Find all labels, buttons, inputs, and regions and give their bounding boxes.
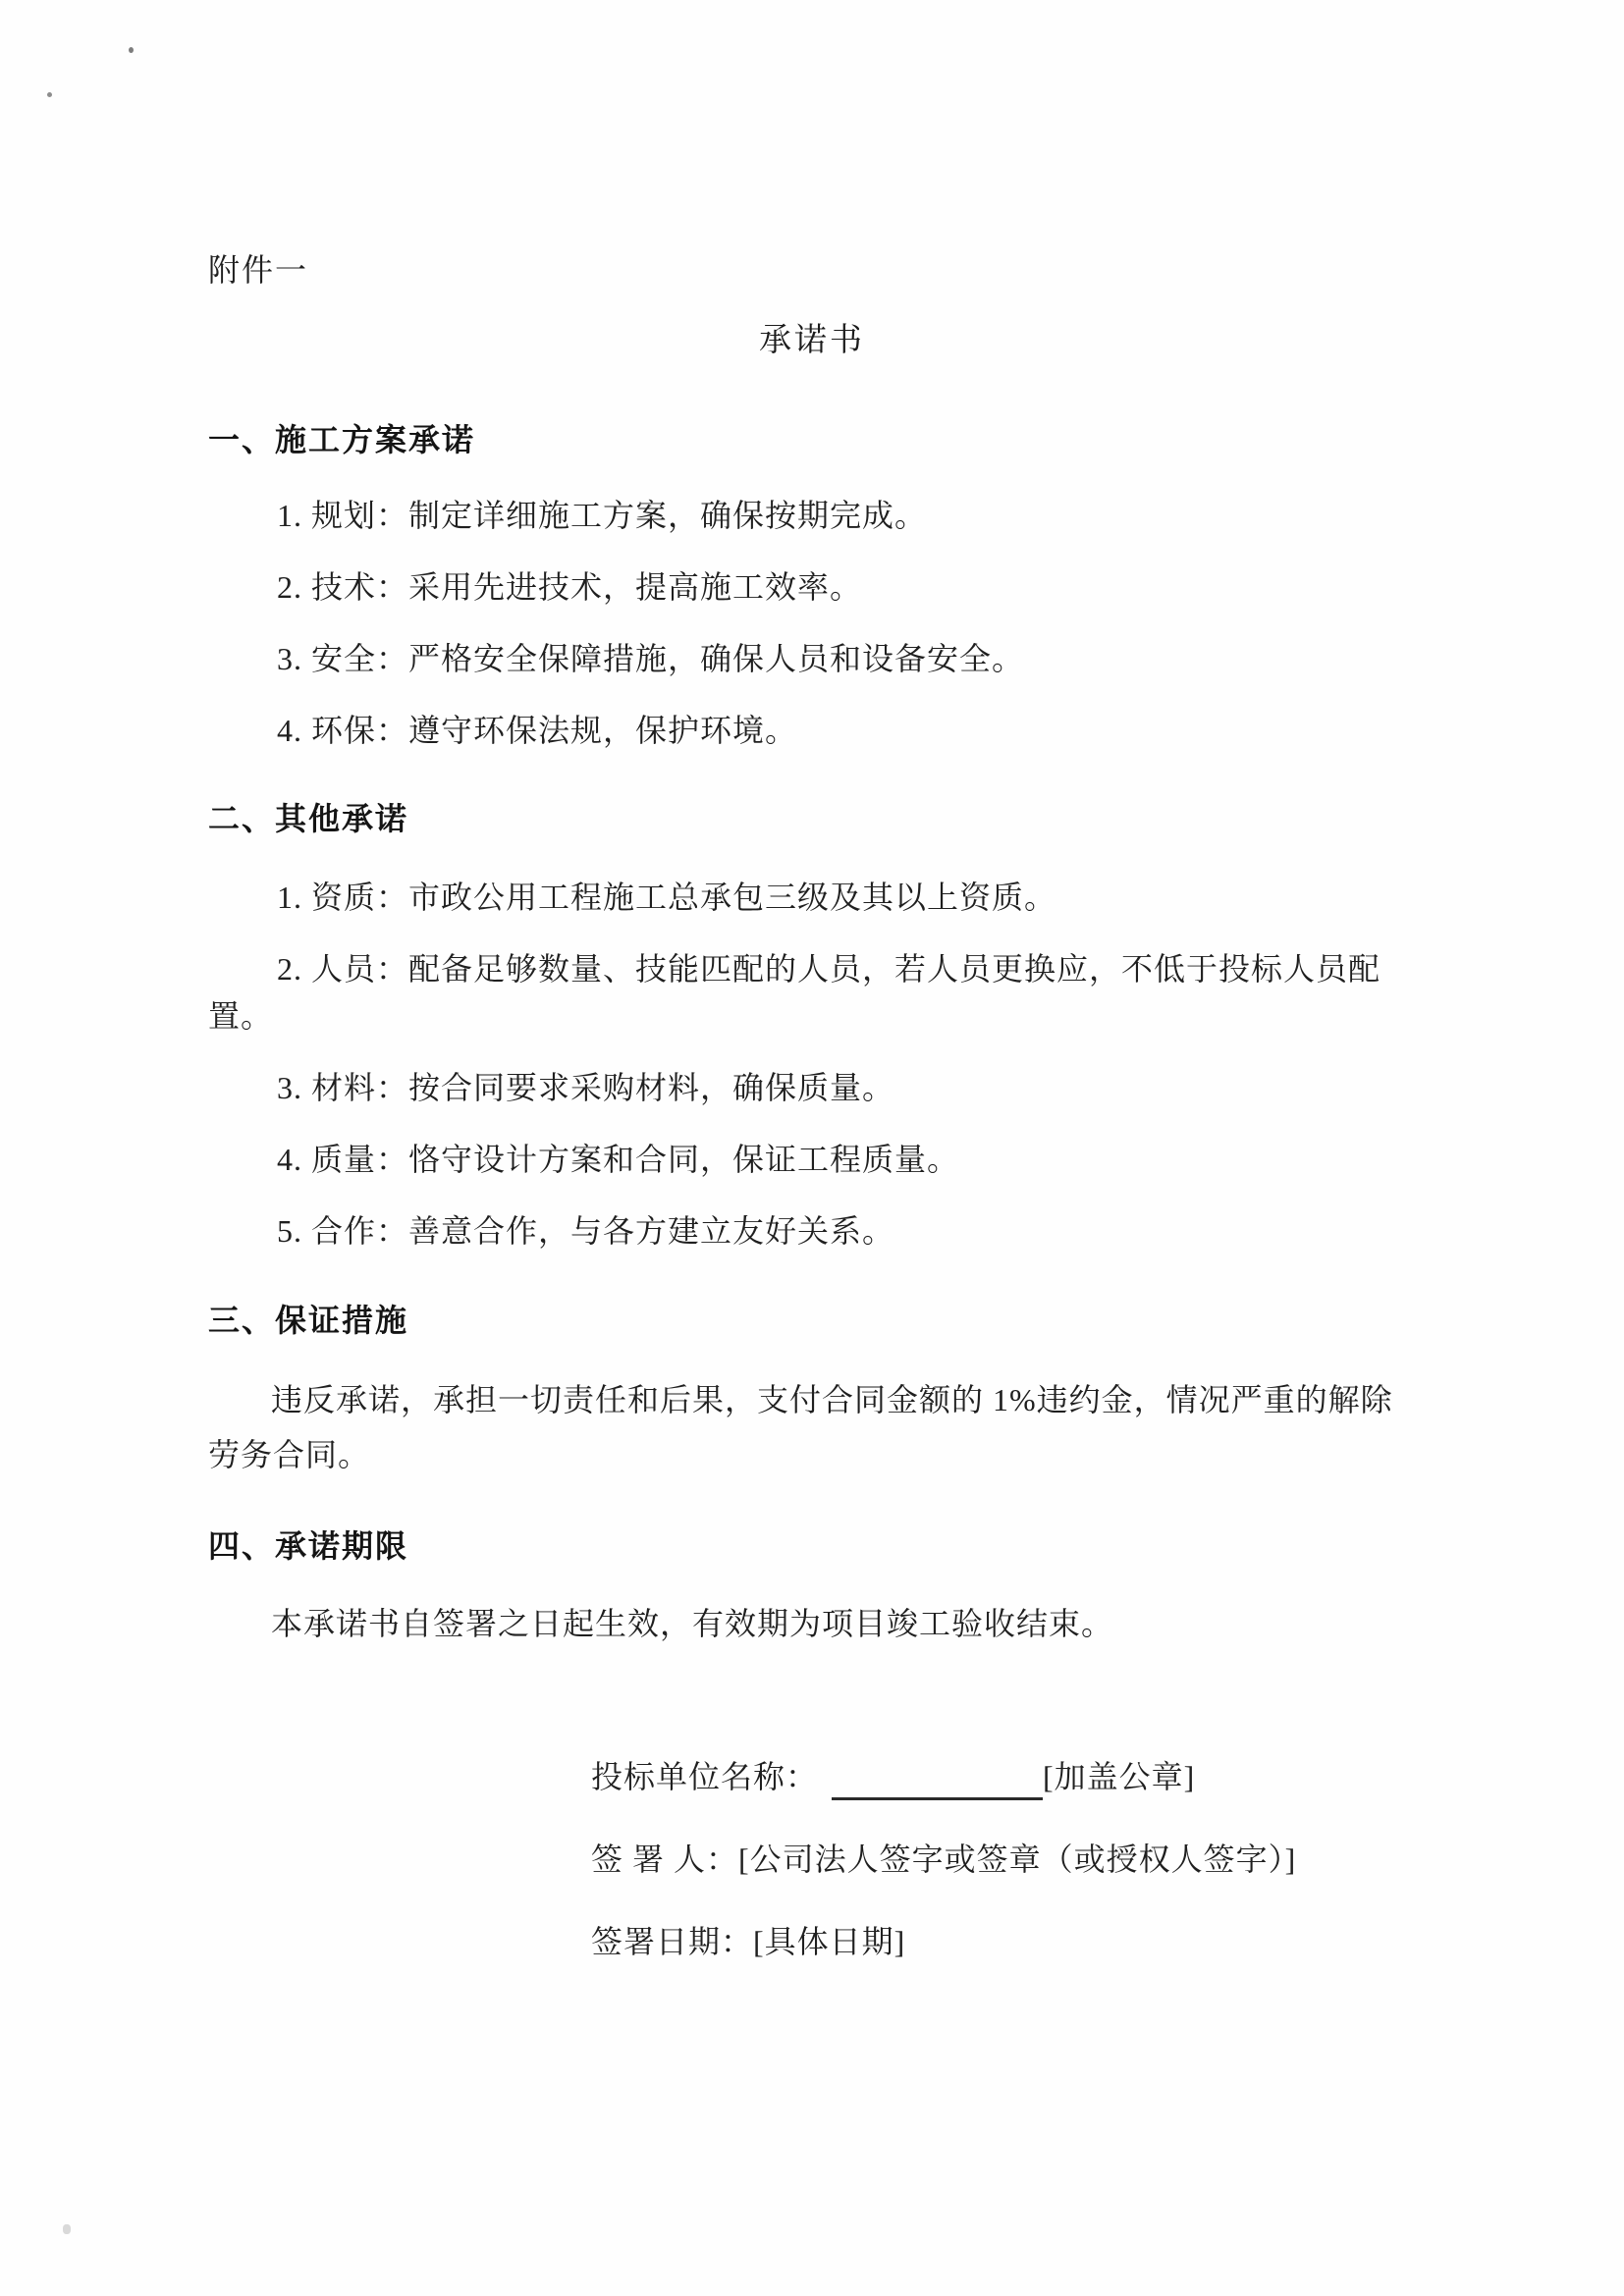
section-other-commitments: 二、其他承诺 1. 资质：市政公用工程施工总承包三级及其以上资质。 2. 人员：…: [208, 795, 1500, 1279]
paragraph-line: 违反承诺，承担一切责任和后果，支付合同金额的 1%违约金，情况严重的解除: [208, 1372, 1500, 1427]
attachment-label: 附件一: [208, 250, 308, 290]
section-commitment-period: 四、承诺期限 本承诺书自签署之日起生效，有效期为项目竣工验收结束。: [208, 1522, 1500, 1651]
section-heading: 一、施工方案承诺: [208, 416, 1500, 463]
company-name-blank: [832, 1764, 1043, 1800]
list-item-line: 2. 人员：配备足够数量、技能匹配的人员，若人员更换应，不低于投标人员配: [208, 945, 1500, 992]
scan-speck: [129, 47, 134, 53]
section-heading: 二、其他承诺: [208, 795, 1500, 842]
list-item: 1. 资质：市政公用工程施工总承包三级及其以上资质。: [208, 874, 1500, 921]
signer-line: 签 署 人：[公司法人签字或签章（或授权人签字）]: [591, 1836, 1524, 1883]
list-item: 4. 质量：恪守设计方案和合同，保证工程质量。: [208, 1136, 1500, 1183]
scan-speck: [63, 2224, 71, 2234]
paragraph-line: 劳务合同。: [208, 1427, 1500, 1482]
list-item: 4. 环保：遵守环保法规，保护环境。: [208, 707, 1500, 754]
list-item: 2. 人员：配备足够数量、技能匹配的人员，若人员更换应，不低于投标人员配置。: [208, 945, 1500, 1040]
section-paragraph: 本承诺书自签署之日起生效，有效期为项目竣工验收结束。: [208, 1596, 1500, 1651]
list-item-line: 置。: [208, 992, 1500, 1040]
date-value: [具体日期]: [753, 1924, 905, 1959]
company-name-line: 投标单位名称：[加盖公章]: [591, 1753, 1524, 1800]
seal-note: [加盖公章]: [1043, 1759, 1195, 1794]
section-heading: 四、承诺期限: [208, 1522, 1500, 1570]
company-name-label: 投标单位名称：: [591, 1759, 818, 1794]
document-title: 承诺书: [0, 321, 1624, 360]
list-item: 5. 合作：善意合作，与各方建立友好关系。: [208, 1207, 1500, 1255]
scanned-document-page: 附件一 承诺书 一、施工方案承诺 1. 规划：制定详细施工方案，确保按期完成。 …: [0, 0, 1624, 2296]
item-list: 1. 规划：制定详细施工方案，确保按期完成。 2. 技术：采用先进技术，提高施工…: [208, 492, 1500, 754]
list-item: 3. 材料：按合同要求采购材料，确保质量。: [208, 1064, 1500, 1111]
section-guarantee-measures: 三、保证措施 违反承诺，承担一切责任和后果，支付合同金额的 1%违约金，情况严重…: [208, 1297, 1500, 1482]
item-list: 1. 资质：市政公用工程施工总承包三级及其以上资质。 2. 人员：配备足够数量、…: [208, 874, 1500, 1255]
date-label: 签署日期：: [591, 1924, 753, 1959]
scan-speck: [47, 92, 52, 97]
list-item: 1. 规划：制定详细施工方案，确保按期完成。: [208, 492, 1500, 539]
paragraph-line: 本承诺书自签署之日起生效，有效期为项目竣工验收结束。: [208, 1596, 1500, 1651]
section-paragraph: 违反承诺，承担一切责任和后果，支付合同金额的 1%违约金，情况严重的解除劳务合同…: [208, 1372, 1500, 1482]
date-line: 签署日期：[具体日期]: [591, 1918, 1524, 1965]
signature-block: 投标单位名称：[加盖公章] 签 署 人：[公司法人签字或签章（或授权人签字）] …: [591, 1753, 1524, 2001]
list-item: 3. 安全：严格安全保障措施，确保人员和设备安全。: [208, 635, 1500, 682]
signer-label: 签 署 人：: [591, 1842, 738, 1877]
section-construction-plan: 一、施工方案承诺 1. 规划：制定详细施工方案，确保按期完成。 2. 技术：采用…: [208, 416, 1500, 778]
signer-value: [公司法人签字或签章（或授权人签字）]: [738, 1842, 1296, 1877]
list-item: 2. 技术：采用先进技术，提高施工效率。: [208, 563, 1500, 611]
section-heading: 三、保证措施: [208, 1297, 1500, 1344]
